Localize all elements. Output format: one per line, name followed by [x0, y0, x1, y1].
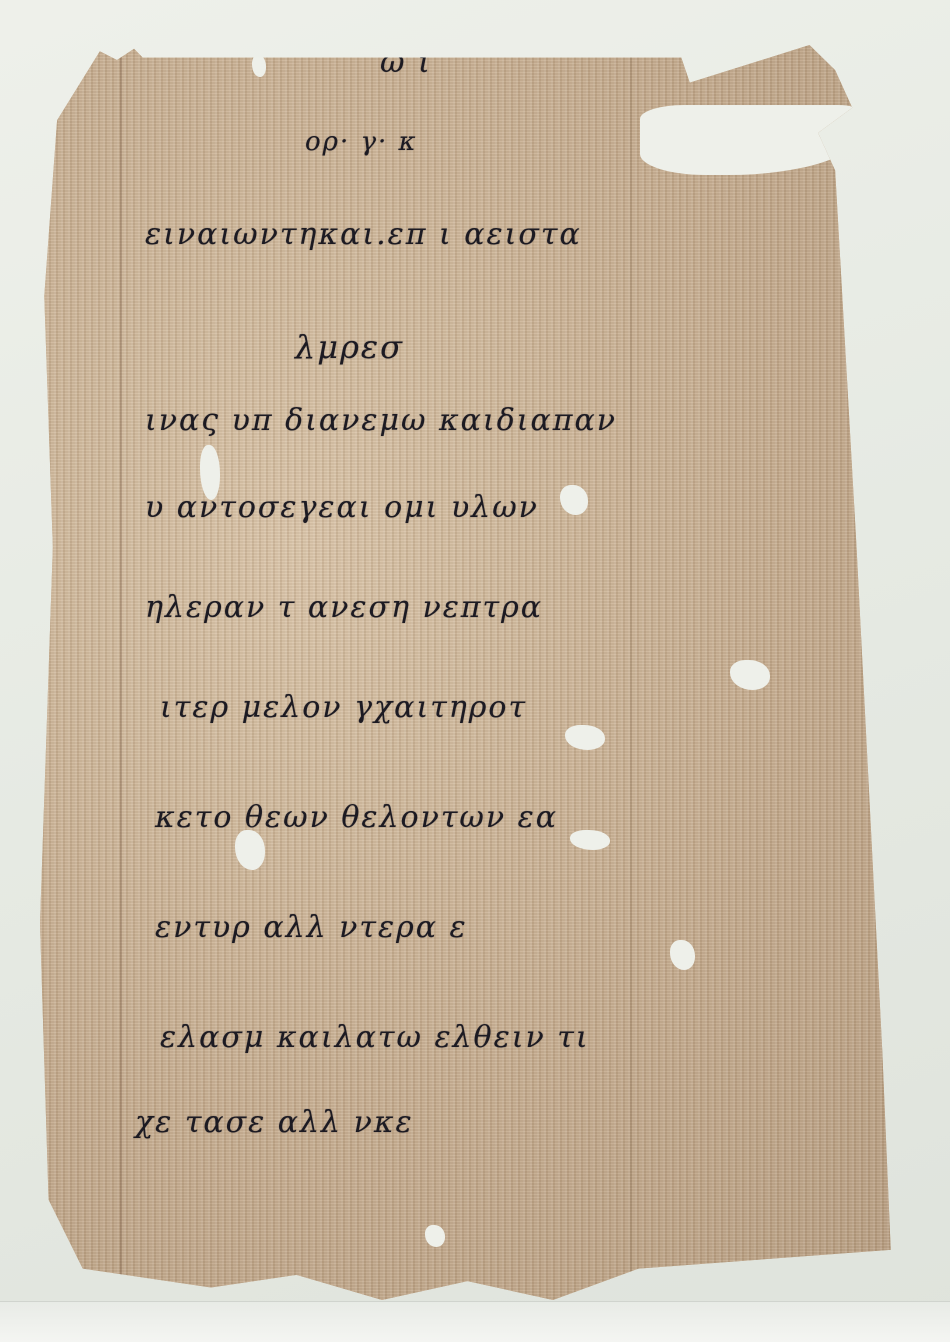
text-line: λμρεσ: [295, 328, 404, 366]
text-line: ειναιωντηκαι.επ ι αειστα: [145, 217, 582, 252]
text-line: χε τασε αλλ νκε: [135, 1105, 414, 1140]
papyrus-hole: [235, 830, 265, 870]
text-line: ηλεραν τ ανεση νεπτρα: [145, 590, 543, 625]
papyrus-hole: [560, 485, 588, 515]
papyrus-hole: [730, 660, 770, 690]
papyrus-fragment: ω ἰ ορ· γ· κ ειναιωντηκαι.επ ι αειστα λμ…: [40, 45, 895, 1300]
text-line: ω ἰ: [380, 45, 432, 80]
text-line: ιτερ μελον γχαιτηροτ: [160, 690, 527, 725]
papyrus-kollesis-seam: [120, 45, 122, 1300]
text-line: υ αντοσεγεαι ομι υλων: [145, 490, 539, 525]
papyrus-hole: [252, 55, 266, 77]
papyrus-tear: [640, 105, 860, 175]
text-line: ελασμ καιλατω ελθειν τι: [160, 1020, 590, 1055]
text-line: ινας υπ διανεμω καιδιαπαν: [145, 403, 617, 438]
papyrus-hole: [425, 1225, 445, 1247]
papyrus-hole: [570, 830, 610, 850]
papyrus-hole: [670, 940, 695, 970]
papyrus-fiber-crack: [630, 45, 632, 1300]
papyrus-hole: [565, 725, 605, 750]
text-line: ορ· γ· κ: [305, 127, 418, 157]
text-line: εντυρ αλλ ντερα ε: [155, 910, 468, 945]
mount-backing-edge: [0, 1301, 950, 1342]
text-line: κετο θεων θελοντων εα: [155, 800, 558, 835]
